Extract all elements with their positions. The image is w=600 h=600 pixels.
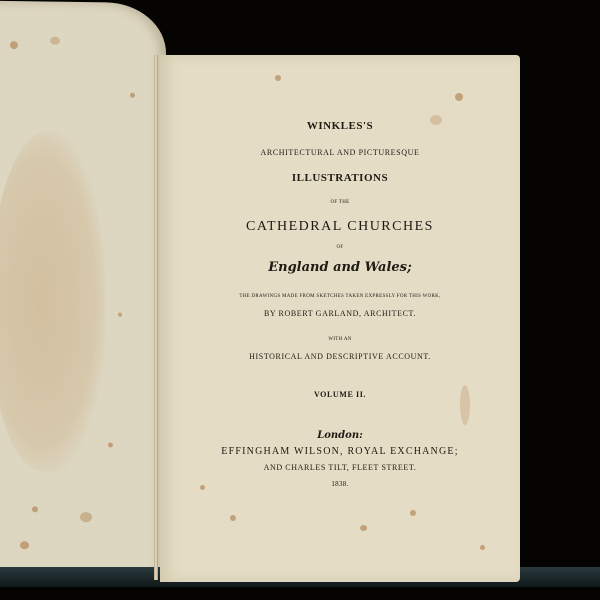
foxing-spot — [480, 545, 485, 550]
title-page: WINKLES'S ARCHITECTURAL AND PICTURESQUE … — [160, 55, 520, 582]
left-page-stain — [0, 131, 105, 473]
of-the-line: OF THE — [160, 200, 520, 205]
foxing-spot — [360, 525, 367, 531]
foxing-spot — [20, 541, 29, 549]
foxing-spot — [80, 512, 92, 522]
foxing-spot — [50, 37, 60, 45]
foxing-spot — [130, 93, 135, 98]
account-line: HISTORICAL AND DESCRIPTIVE ACCOUNT. — [160, 352, 520, 361]
foxing-spot — [10, 41, 18, 49]
subtitle-line: ARCHITECTURAL AND PICTURESQUE — [160, 148, 520, 157]
drawings-note: THE DRAWINGS MADE FROM SKETCHES TAKEN EX… — [160, 294, 520, 299]
volume-number: VOLUME II. — [160, 390, 520, 399]
book-spine-gutter — [154, 55, 158, 580]
foxing-spot — [455, 93, 463, 101]
publication-year: 1838. — [160, 480, 520, 488]
of-line: OF — [160, 245, 520, 250]
foxing-spot — [32, 506, 38, 512]
foxing-spot — [275, 75, 281, 81]
region-title: England and Wales; — [160, 260, 520, 275]
author-name: WINKLES'S — [160, 120, 520, 132]
foxing-spot — [118, 313, 122, 317]
foxing-spot — [230, 515, 236, 521]
with-an-line: WITH AN — [160, 337, 520, 342]
illustrations-heading: ILLUSTRATIONS — [160, 172, 520, 184]
foxing-spot — [108, 442, 113, 447]
place-of-publication: London: — [160, 430, 520, 441]
foxing-spot — [410, 510, 416, 516]
left-page — [0, 1, 166, 578]
publisher-line-2: AND CHARLES TILT, FLEET STREET. — [160, 463, 520, 472]
byline: BY ROBERT GARLAND, ARCHITECT. — [160, 309, 520, 318]
main-title: CATHEDRAL CHURCHES — [160, 219, 520, 235]
publisher-line-1: EFFINGHAM WILSON, ROYAL EXCHANGE; — [160, 446, 520, 457]
